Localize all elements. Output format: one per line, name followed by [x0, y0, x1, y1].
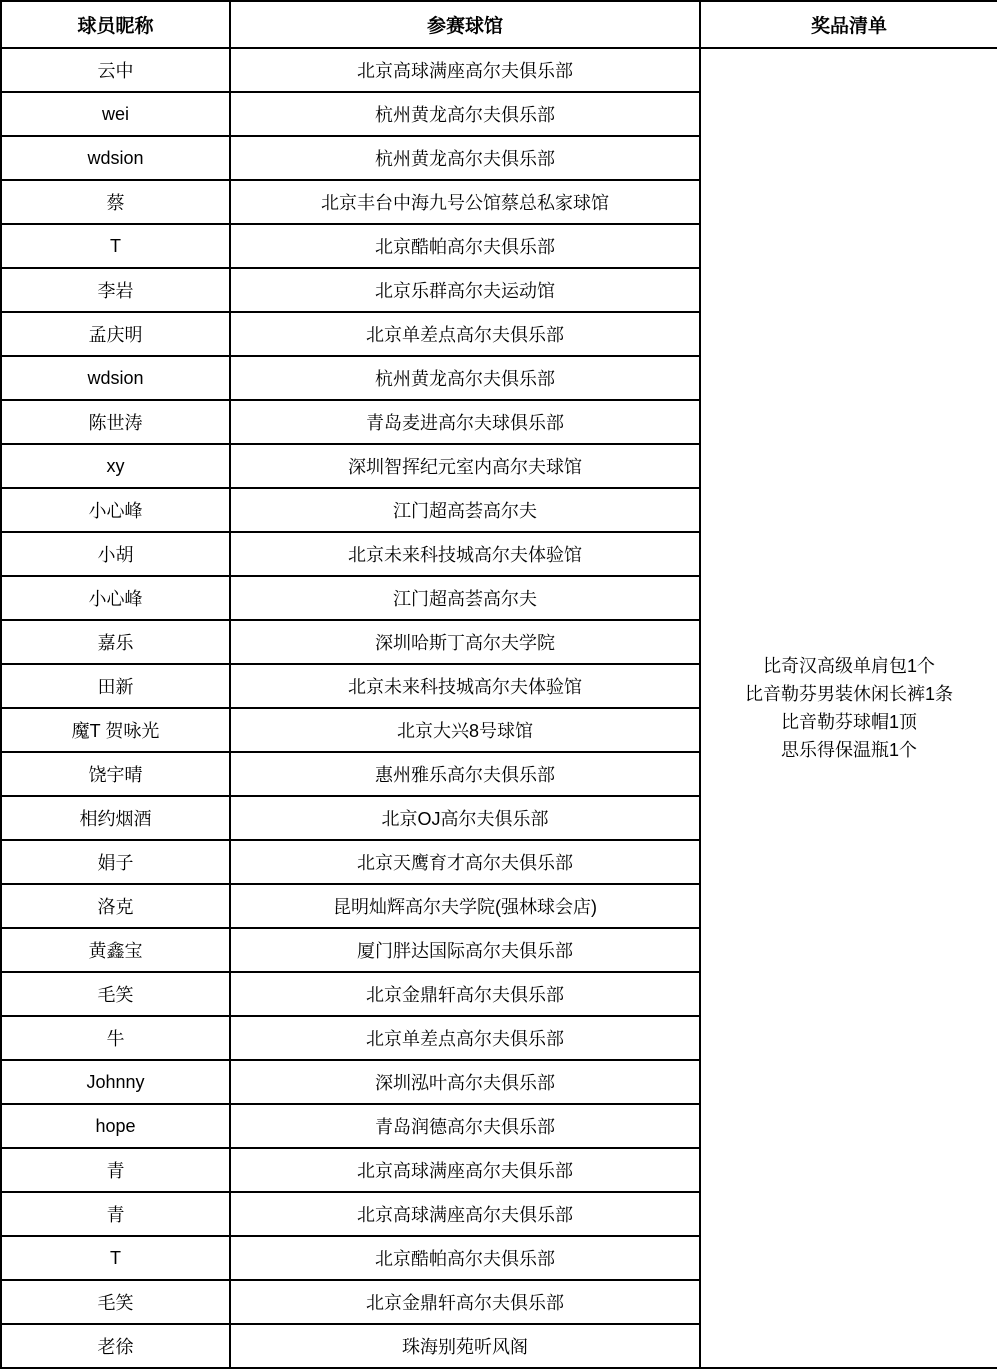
venue-cell: 北京高球满座高尔夫俱乐部: [230, 1148, 700, 1192]
venue-cell: 杭州黄龙高尔夫俱乐部: [230, 356, 700, 400]
venue-cell: 杭州黄龙高尔夫俱乐部: [230, 92, 700, 136]
player-nickname-cell: 饶宇晴: [1, 752, 230, 796]
page: 球员昵称 参赛球馆 奖品清单 云中北京高球满座高尔夫俱乐部比奇汉高级单肩包1个比…: [0, 0, 997, 1371]
player-nickname-cell: 李岩: [1, 268, 230, 312]
player-nickname-cell: hope: [1, 1104, 230, 1148]
venue-cell: 北京高球满座高尔夫俱乐部: [230, 48, 700, 92]
player-nickname-cell: 娟子: [1, 840, 230, 884]
player-nickname-cell: 老徐: [1, 1324, 230, 1368]
player-nickname-cell: 青: [1, 1192, 230, 1236]
player-nickname-cell: 牛: [1, 1016, 230, 1060]
venue-cell: 北京单差点高尔夫俱乐部: [230, 1016, 700, 1060]
table-body: 云中北京高球满座高尔夫俱乐部比奇汉高级单肩包1个比音勒芬男装休闲长裤1条比音勒芬…: [1, 48, 997, 1368]
venue-cell: 北京酷帕高尔夫俱乐部: [230, 224, 700, 268]
venue-cell: 北京酷帕高尔夫俱乐部: [230, 1236, 700, 1280]
player-nickname-cell: 相约烟酒: [1, 796, 230, 840]
prize-list-cell: 比奇汉高级单肩包1个比音勒芬男装休闲长裤1条比音勒芬球帽1顶思乐得保温瓶1个: [700, 48, 997, 1368]
venue-cell: 北京OJ高尔夫俱乐部: [230, 796, 700, 840]
venue-cell: 北京天鹰育才高尔夫俱乐部: [230, 840, 700, 884]
player-nickname-cell: T: [1, 1236, 230, 1280]
venue-cell: 北京高球满座高尔夫俱乐部: [230, 1192, 700, 1236]
venue-cell: 杭州黄龙高尔夫俱乐部: [230, 136, 700, 180]
table-header: 球员昵称 参赛球馆 奖品清单: [1, 1, 997, 48]
header-player-nickname: 球员昵称: [1, 1, 230, 48]
venue-cell: 青岛麦进高尔夫球俱乐部: [230, 400, 700, 444]
venue-cell: 北京乐群高尔夫运动馆: [230, 268, 700, 312]
header-venue: 参赛球馆: [230, 1, 700, 48]
venue-cell: 北京未来科技城高尔夫体验馆: [230, 532, 700, 576]
player-nickname-cell: 蔡: [1, 180, 230, 224]
player-nickname-cell: wei: [1, 92, 230, 136]
player-nickname-cell: wdsion: [1, 136, 230, 180]
venue-cell: 厦门胖达国际高尔夫俱乐部: [230, 928, 700, 972]
player-nickname-cell: 毛笑: [1, 972, 230, 1016]
venue-cell: 北京金鼎轩高尔夫俱乐部: [230, 1280, 700, 1324]
prize-item: 比奇汉高级单肩包1个: [705, 652, 993, 680]
venue-cell: 北京金鼎轩高尔夫俱乐部: [230, 972, 700, 1016]
player-nickname-cell: 孟庆明: [1, 312, 230, 356]
venue-cell: 昆明灿辉高尔夫学院(强林球会店): [230, 884, 700, 928]
player-nickname-cell: xy: [1, 444, 230, 488]
player-nickname-cell: 洛克: [1, 884, 230, 928]
player-nickname-cell: 青: [1, 1148, 230, 1192]
venue-cell: 珠海别苑听风阁: [230, 1324, 700, 1368]
venue-cell: 深圳哈斯丁高尔夫学院: [230, 620, 700, 664]
table-row: 云中北京高球满座高尔夫俱乐部比奇汉高级单肩包1个比音勒芬男装休闲长裤1条比音勒芬…: [1, 48, 997, 92]
venue-cell: 江门超高荟高尔夫: [230, 488, 700, 532]
player-nickname-cell: 陈世涛: [1, 400, 230, 444]
player-nickname-cell: 田新: [1, 664, 230, 708]
venue-cell: 北京单差点高尔夫俱乐部: [230, 312, 700, 356]
prize-item: 比音勒芬男装休闲长裤1条: [705, 680, 993, 708]
player-nickname-cell: 毛笑: [1, 1280, 230, 1324]
prize-item: 比音勒芬球帽1顶: [705, 708, 993, 736]
player-nickname-cell: 小心峰: [1, 576, 230, 620]
player-nickname-cell: 小心峰: [1, 488, 230, 532]
venue-cell: 惠州雅乐高尔夫俱乐部: [230, 752, 700, 796]
venue-cell: 深圳泓叶高尔夫俱乐部: [230, 1060, 700, 1104]
player-nickname-cell: 小胡: [1, 532, 230, 576]
player-nickname-cell: T: [1, 224, 230, 268]
players-table: 球员昵称 参赛球馆 奖品清单 云中北京高球满座高尔夫俱乐部比奇汉高级单肩包1个比…: [0, 0, 997, 1369]
header-prize-list: 奖品清单: [700, 1, 997, 48]
player-nickname-cell: 魔T 贺咏光: [1, 708, 230, 752]
player-nickname-cell: 云中: [1, 48, 230, 92]
venue-cell: 青岛润德高尔夫俱乐部: [230, 1104, 700, 1148]
player-nickname-cell: wdsion: [1, 356, 230, 400]
prize-item: 思乐得保温瓶1个: [705, 736, 993, 764]
header-row: 球员昵称 参赛球馆 奖品清单: [1, 1, 997, 48]
venue-cell: 北京未来科技城高尔夫体验馆: [230, 664, 700, 708]
venue-cell: 江门超高荟高尔夫: [230, 576, 700, 620]
player-nickname-cell: 嘉乐: [1, 620, 230, 664]
venue-cell: 深圳智挥纪元室内高尔夫球馆: [230, 444, 700, 488]
player-nickname-cell: 黄鑫宝: [1, 928, 230, 972]
venue-cell: 北京丰台中海九号公馆蔡总私家球馆: [230, 180, 700, 224]
venue-cell: 北京大兴8号球馆: [230, 708, 700, 752]
player-nickname-cell: Johnny: [1, 1060, 230, 1104]
